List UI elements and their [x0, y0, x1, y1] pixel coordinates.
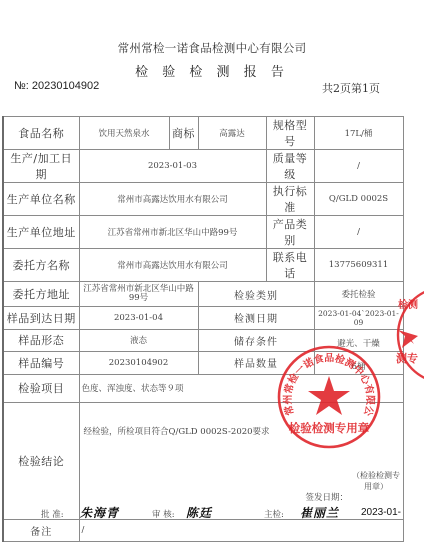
- producer-name-value: 常州市高露达饮用水有限公司: [79, 183, 266, 216]
- table-row: 样品到达日期 2023-01-04 检测日期 2023-01-04`2023-0…: [3, 307, 403, 330]
- producer-address-value: 江苏省常州市新北区华山中路99号: [79, 216, 266, 249]
- quality-grade-value: /: [314, 150, 403, 183]
- spec-value: 17L/桶: [314, 117, 403, 150]
- seam-seal-icon: 检测 测专: [396, 280, 424, 390]
- food-name-label: 食品名称: [3, 117, 79, 150]
- sample-no-label: 样品编号: [3, 352, 79, 375]
- client-address-value: 江苏省常州市新北区华山中路99号: [79, 282, 198, 307]
- svg-text:检测: 检测: [398, 298, 418, 311]
- test-date-label: 检测日期: [198, 307, 314, 330]
- page-info: 共2页第1页: [322, 80, 380, 96]
- report-number: №: 20230104902: [14, 80, 99, 92]
- official-seal-icon: 常州常检一诺食品检测中心有限公司 检验检测专用章: [276, 344, 382, 450]
- product-category-value: /: [314, 216, 403, 249]
- arrival-date-value: 2023-01-04: [79, 307, 198, 330]
- approve-signature: 朱海青: [80, 504, 119, 521]
- table-row: 食品名称 饮用天然泉水 商标 高露达 规格型号 17L/桶: [3, 117, 403, 150]
- table-row: 生产/加工日期 2023-01-03 质量等级 /: [3, 150, 403, 183]
- company-name: 常州常检一诺食品检测中心有限公司: [0, 40, 424, 56]
- standard-value: Q/GLD 0002S: [314, 183, 403, 216]
- production-date-label: 生产/加工日期: [3, 150, 79, 183]
- client-address-label: 委托方地址: [3, 282, 79, 307]
- producer-name-label: 生产单位名称: [3, 183, 79, 216]
- test-type-label: 检验类别: [198, 282, 314, 307]
- food-name-value: 饮用天然泉水: [79, 117, 169, 150]
- test-type-value: 委托检验: [314, 282, 403, 307]
- table-row: 委托方地址 江苏省常州市新北区华山中路99号 检验类别 委托检验: [3, 282, 403, 307]
- arrival-date-label: 样品到达日期: [3, 307, 79, 330]
- brand-value: 高露达: [198, 117, 266, 150]
- svg-text:测专: 测专: [396, 351, 418, 365]
- issue-date-label: 签发日期：: [306, 491, 349, 503]
- production-date-value: 2023-01-03: [79, 150, 266, 183]
- conclusion-text: 经检验，所检项目符合Q/GLD 0002S-2020要求: [84, 425, 270, 437]
- table-row: 委托方名称 常州市高露达饮用水有限公司 联系电话 13775609311: [3, 249, 403, 282]
- conclusion-label: 检验结论: [3, 402, 79, 519]
- sample-form-value: 液态: [79, 329, 198, 352]
- test-items-label: 检验项目: [3, 374, 79, 402]
- report-title: 检 验 检 测 报 告: [0, 61, 424, 80]
- sample-no-value: 20230104902: [79, 352, 198, 375]
- svg-text:检验检测专用章: 检验检测专用章: [289, 421, 370, 435]
- chief-inspector-signature: 崔丽兰: [300, 504, 339, 521]
- approve-label: 批 准:: [41, 508, 64, 520]
- seal-note: （检验检测专用章）: [350, 470, 403, 492]
- quality-grade-label: 质量等级: [266, 150, 314, 183]
- report-table: 食品名称 饮用天然泉水 商标 高露达 规格型号 17L/桶 生产/加工日期 20…: [2, 116, 404, 542]
- table-row: 生产单位地址 江苏省常州市新北区华山中路99号 产品类别 /: [3, 216, 403, 249]
- product-category-label: 产品类别: [266, 216, 314, 249]
- standard-label: 执行标准: [266, 183, 314, 216]
- client-name-label: 委托方名称: [3, 249, 79, 282]
- phone-label: 联系电话: [266, 249, 314, 282]
- sample-form-label: 样品形态: [3, 329, 79, 352]
- client-name-value: 常州市高露达饮用水有限公司: [79, 249, 266, 282]
- phone-value: 13775609311: [314, 249, 403, 282]
- chief-inspector-label: 主检:: [264, 508, 284, 520]
- signature-footer: 批 准: 朱海青 审 核: 陈廷 主检: 崔丽兰: [0, 504, 424, 524]
- brand-label: 商标: [169, 117, 198, 150]
- report-number-value: 20230104902: [32, 80, 99, 92]
- review-signature: 陈廷: [186, 504, 212, 521]
- table-row: 生产单位名称 常州市高露达饮用水有限公司 执行标准 Q/GLD 0002S: [3, 183, 403, 216]
- spec-label: 规格型号: [266, 117, 314, 150]
- review-label: 审 核:: [152, 508, 175, 520]
- test-date-value: 2023-01-04`2023-01-09: [314, 307, 403, 330]
- report-number-label: №:: [14, 80, 32, 92]
- producer-address-label: 生产单位地址: [3, 216, 79, 249]
